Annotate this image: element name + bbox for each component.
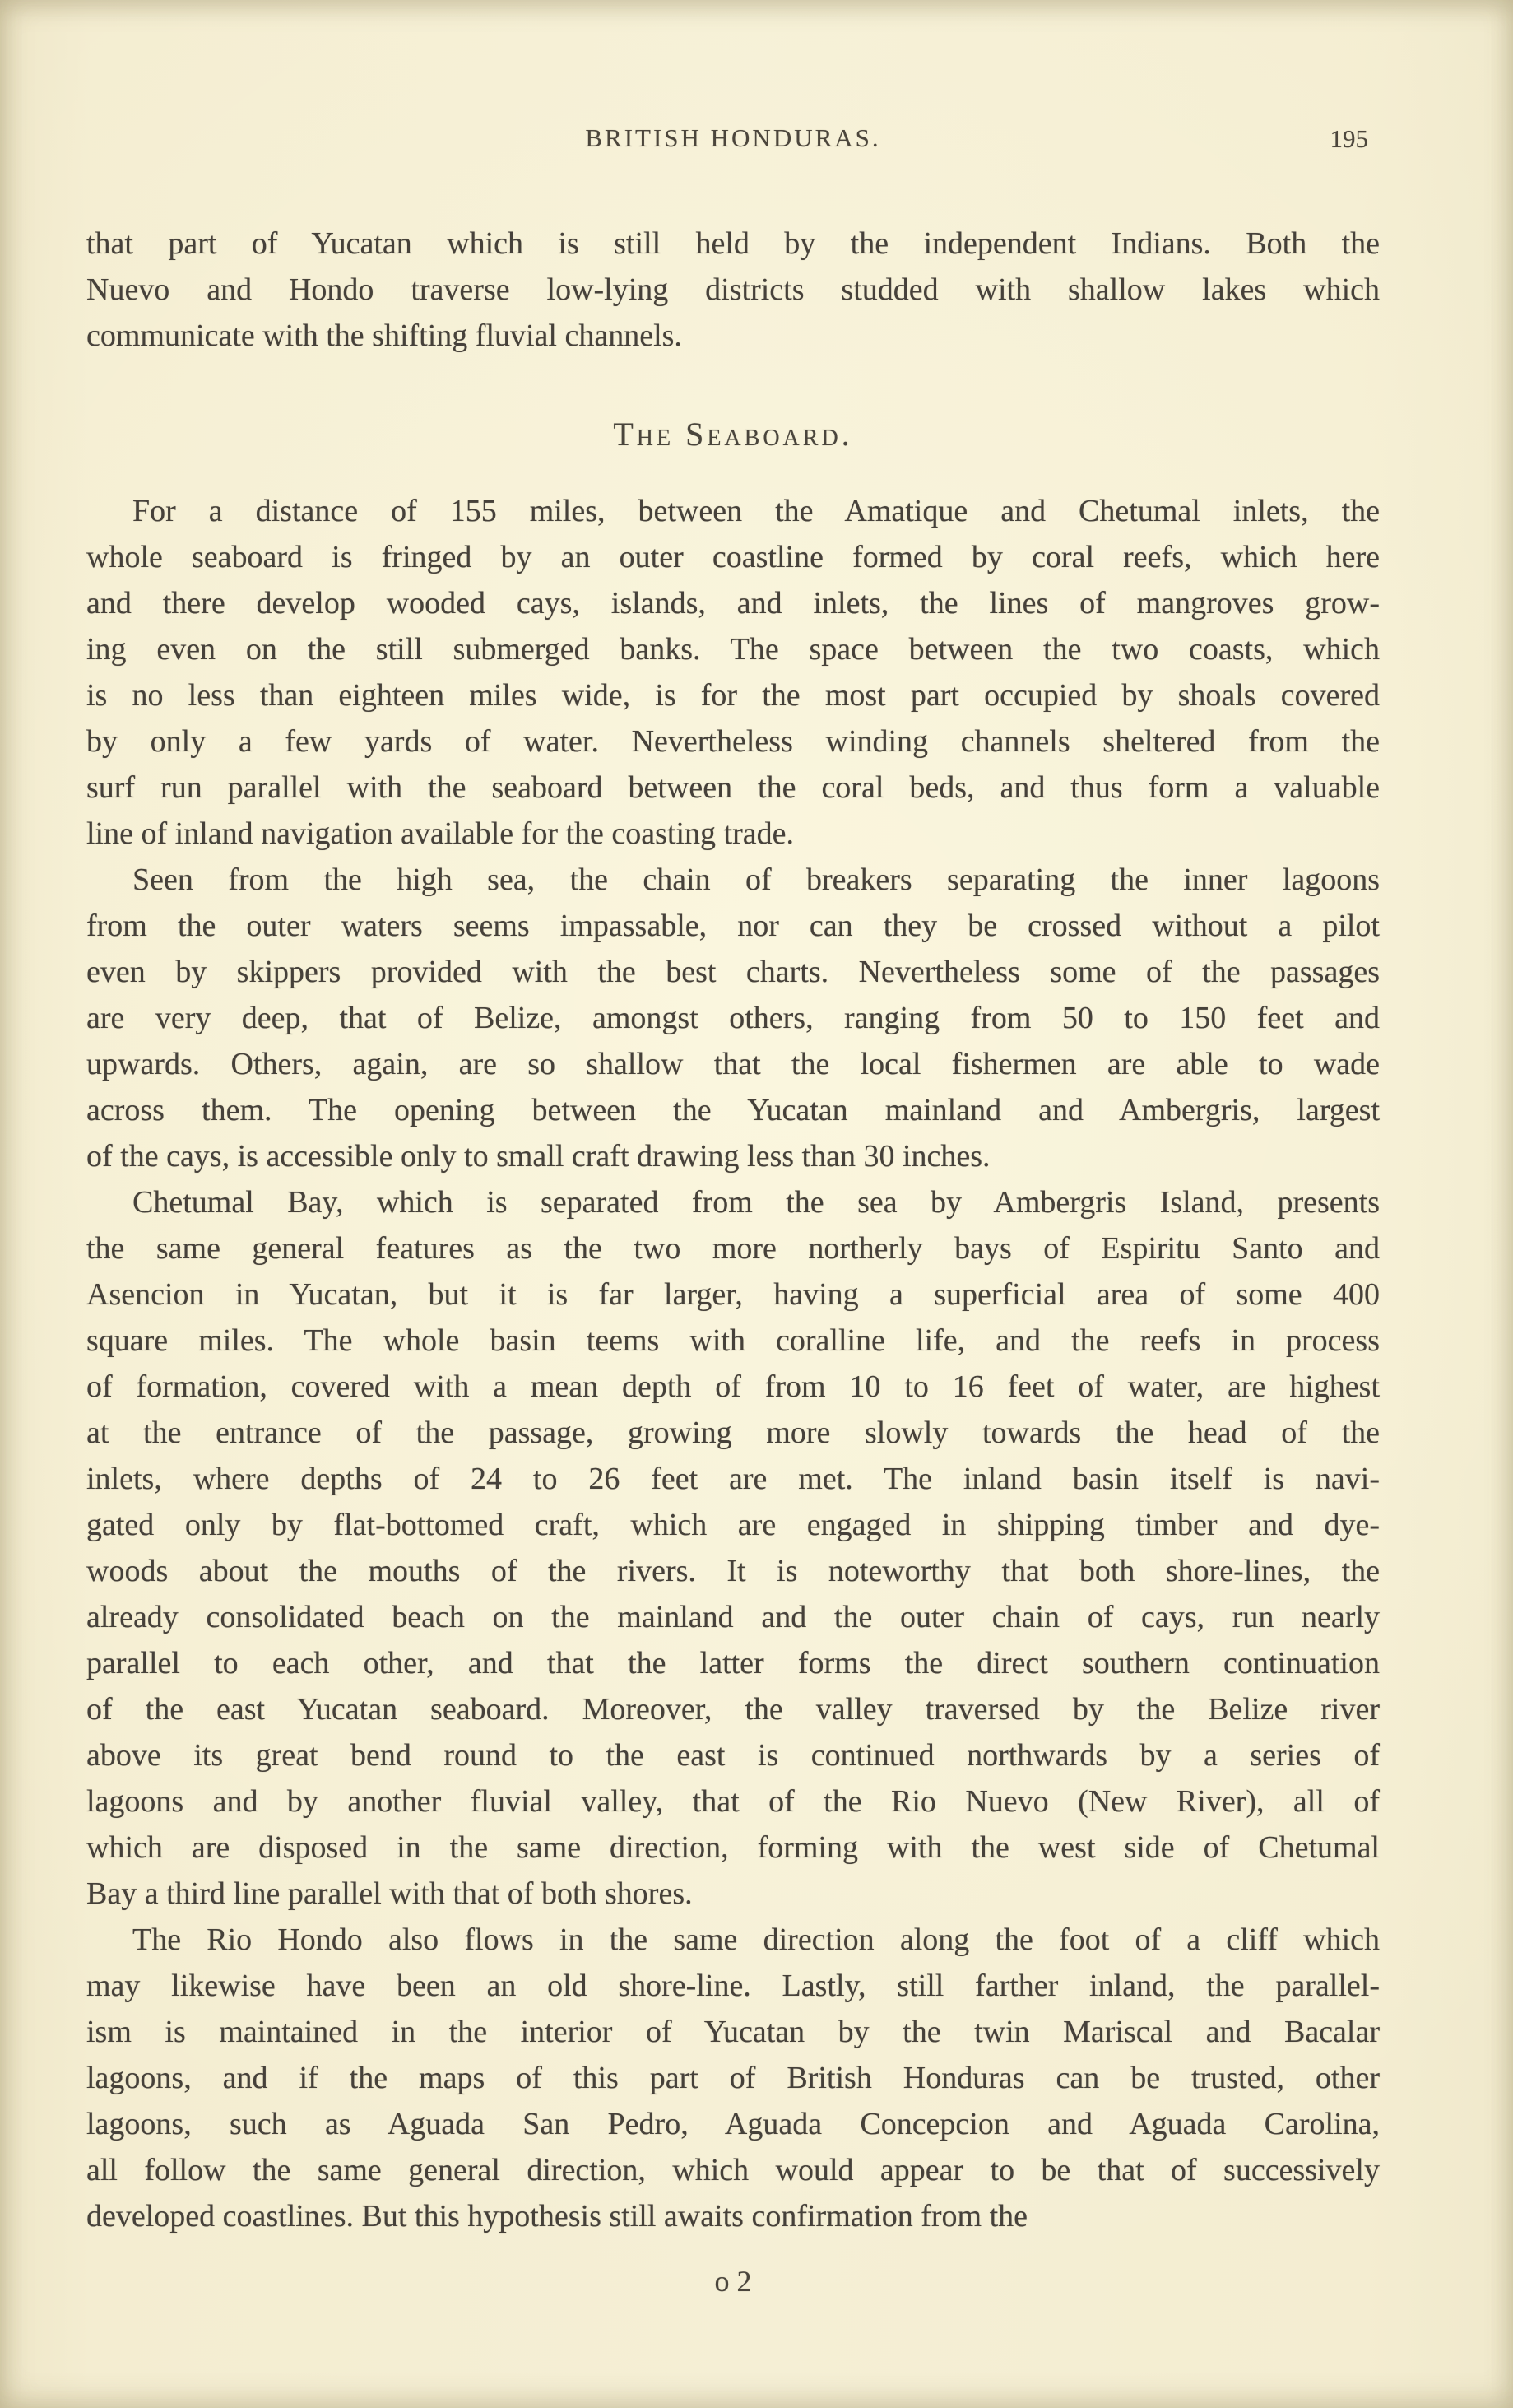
text-line: communicate with the shifting fluvial ch… [86,313,1380,359]
text-line: is no less than eighteen miles wide, is … [86,672,1380,718]
text-line: even by skippers provided with the best … [86,949,1380,995]
text-line: that part of Yucatan which is still held… [86,221,1380,267]
text-line: Chetumal Bay, which is separated from th… [86,1179,1380,1225]
text-line: already consolidated beach on the mainla… [86,1594,1380,1640]
text-line: and there develop wooded cays, islands, … [86,580,1380,626]
text-line: inlets, where depths of 24 to 26 feet ar… [86,1456,1380,1502]
text-line: lagoons, such as Aguada San Pedro, Aguad… [86,2101,1380,2147]
text-line: above its great bend round to the east i… [86,1732,1380,1778]
text-line: gated only by flat-bottomed craft, which… [86,1502,1380,1548]
paragraph-chetumal-bay: Chetumal Bay, which is separated from th… [86,1179,1380,1917]
text-line: from the outer waters seems impassable, … [86,903,1380,949]
text-line: Bay a third line parallel with that of b… [86,1871,1380,1917]
page-number: 195 [1330,124,1369,154]
text-line: surf run parallel with the seaboard betw… [86,765,1380,811]
text-line: of formation, covered with a mean depth … [86,1364,1380,1410]
paragraph-rio-hondo: The Rio Hondo also flows in the same dir… [86,1917,1380,2239]
text-line: woods about the mouths of the rivers. It… [86,1548,1380,1594]
text-block: BRITISH HONDURAS. 195 that part of Yucat… [86,123,1380,2299]
text-line: lagoons and by another fluvial valley, t… [86,1778,1380,1825]
text-line: across them. The opening between the Yuc… [86,1087,1380,1133]
text-line: The Rio Hondo also flows in the same dir… [86,1917,1380,1963]
text-line: Nuevo and Hondo traverse low-lying distr… [86,267,1380,313]
text-line: whole seaboard is fringed by an outer co… [86,534,1380,580]
text-line: may likewise have been an old shore-line… [86,1963,1380,2009]
running-title: BRITISH HONDURAS. [86,123,1380,153]
intro-paragraph: that part of Yucatan which is still held… [86,221,1380,359]
section-heading: The Seaboard. [86,415,1380,453]
text-line: by only a few yards of water. Neverthele… [86,718,1380,765]
text-line: Asencion in Yucatan, but it is far large… [86,1271,1380,1318]
text-line: of the east Yucatan seaboard. Moreover, … [86,1686,1380,1732]
text-line: of the cays, is accessible only to small… [86,1133,1380,1179]
text-line: which are disposed in the same direction… [86,1825,1380,1871]
scanned-book-page: BRITISH HONDURAS. 195 that part of Yucat… [0,0,1513,2408]
text-line: the same general features as the two mor… [86,1225,1380,1271]
text-line: ing even on the still submerged banks. T… [86,626,1380,672]
text-line: lagoons, and if the maps of this part of… [86,2055,1380,2101]
text-line: ism is maintained in the interior of Yuc… [86,2009,1380,2055]
paragraph-seaboard-2: Seen from the high sea, the chain of bre… [86,857,1380,1179]
text-line: upwards. Others, again, are so shallow t… [86,1041,1380,1087]
paragraph-seaboard-1: For a distance of 155 miles, between the… [86,488,1380,857]
text-line: all follow the same general direction, w… [86,2147,1380,2193]
text-line: line of inland navigation available for … [86,811,1380,857]
text-line: For a distance of 155 miles, between the… [86,488,1380,534]
text-line: are very deep, that of Belize, amongst o… [86,995,1380,1041]
signature-mark: o 2 [86,2264,1380,2299]
running-head: BRITISH HONDURAS. 195 [86,123,1380,160]
text-line: Seen from the high sea, the chain of bre… [86,857,1380,903]
text-line: at the entrance of the passage, growing … [86,1410,1380,1456]
text-line: developed coastlines. But this hypothesi… [86,2193,1380,2239]
text-line: square miles. The whole basin teems with… [86,1318,1380,1364]
text-line: parallel to each other, and that the lat… [86,1640,1380,1686]
